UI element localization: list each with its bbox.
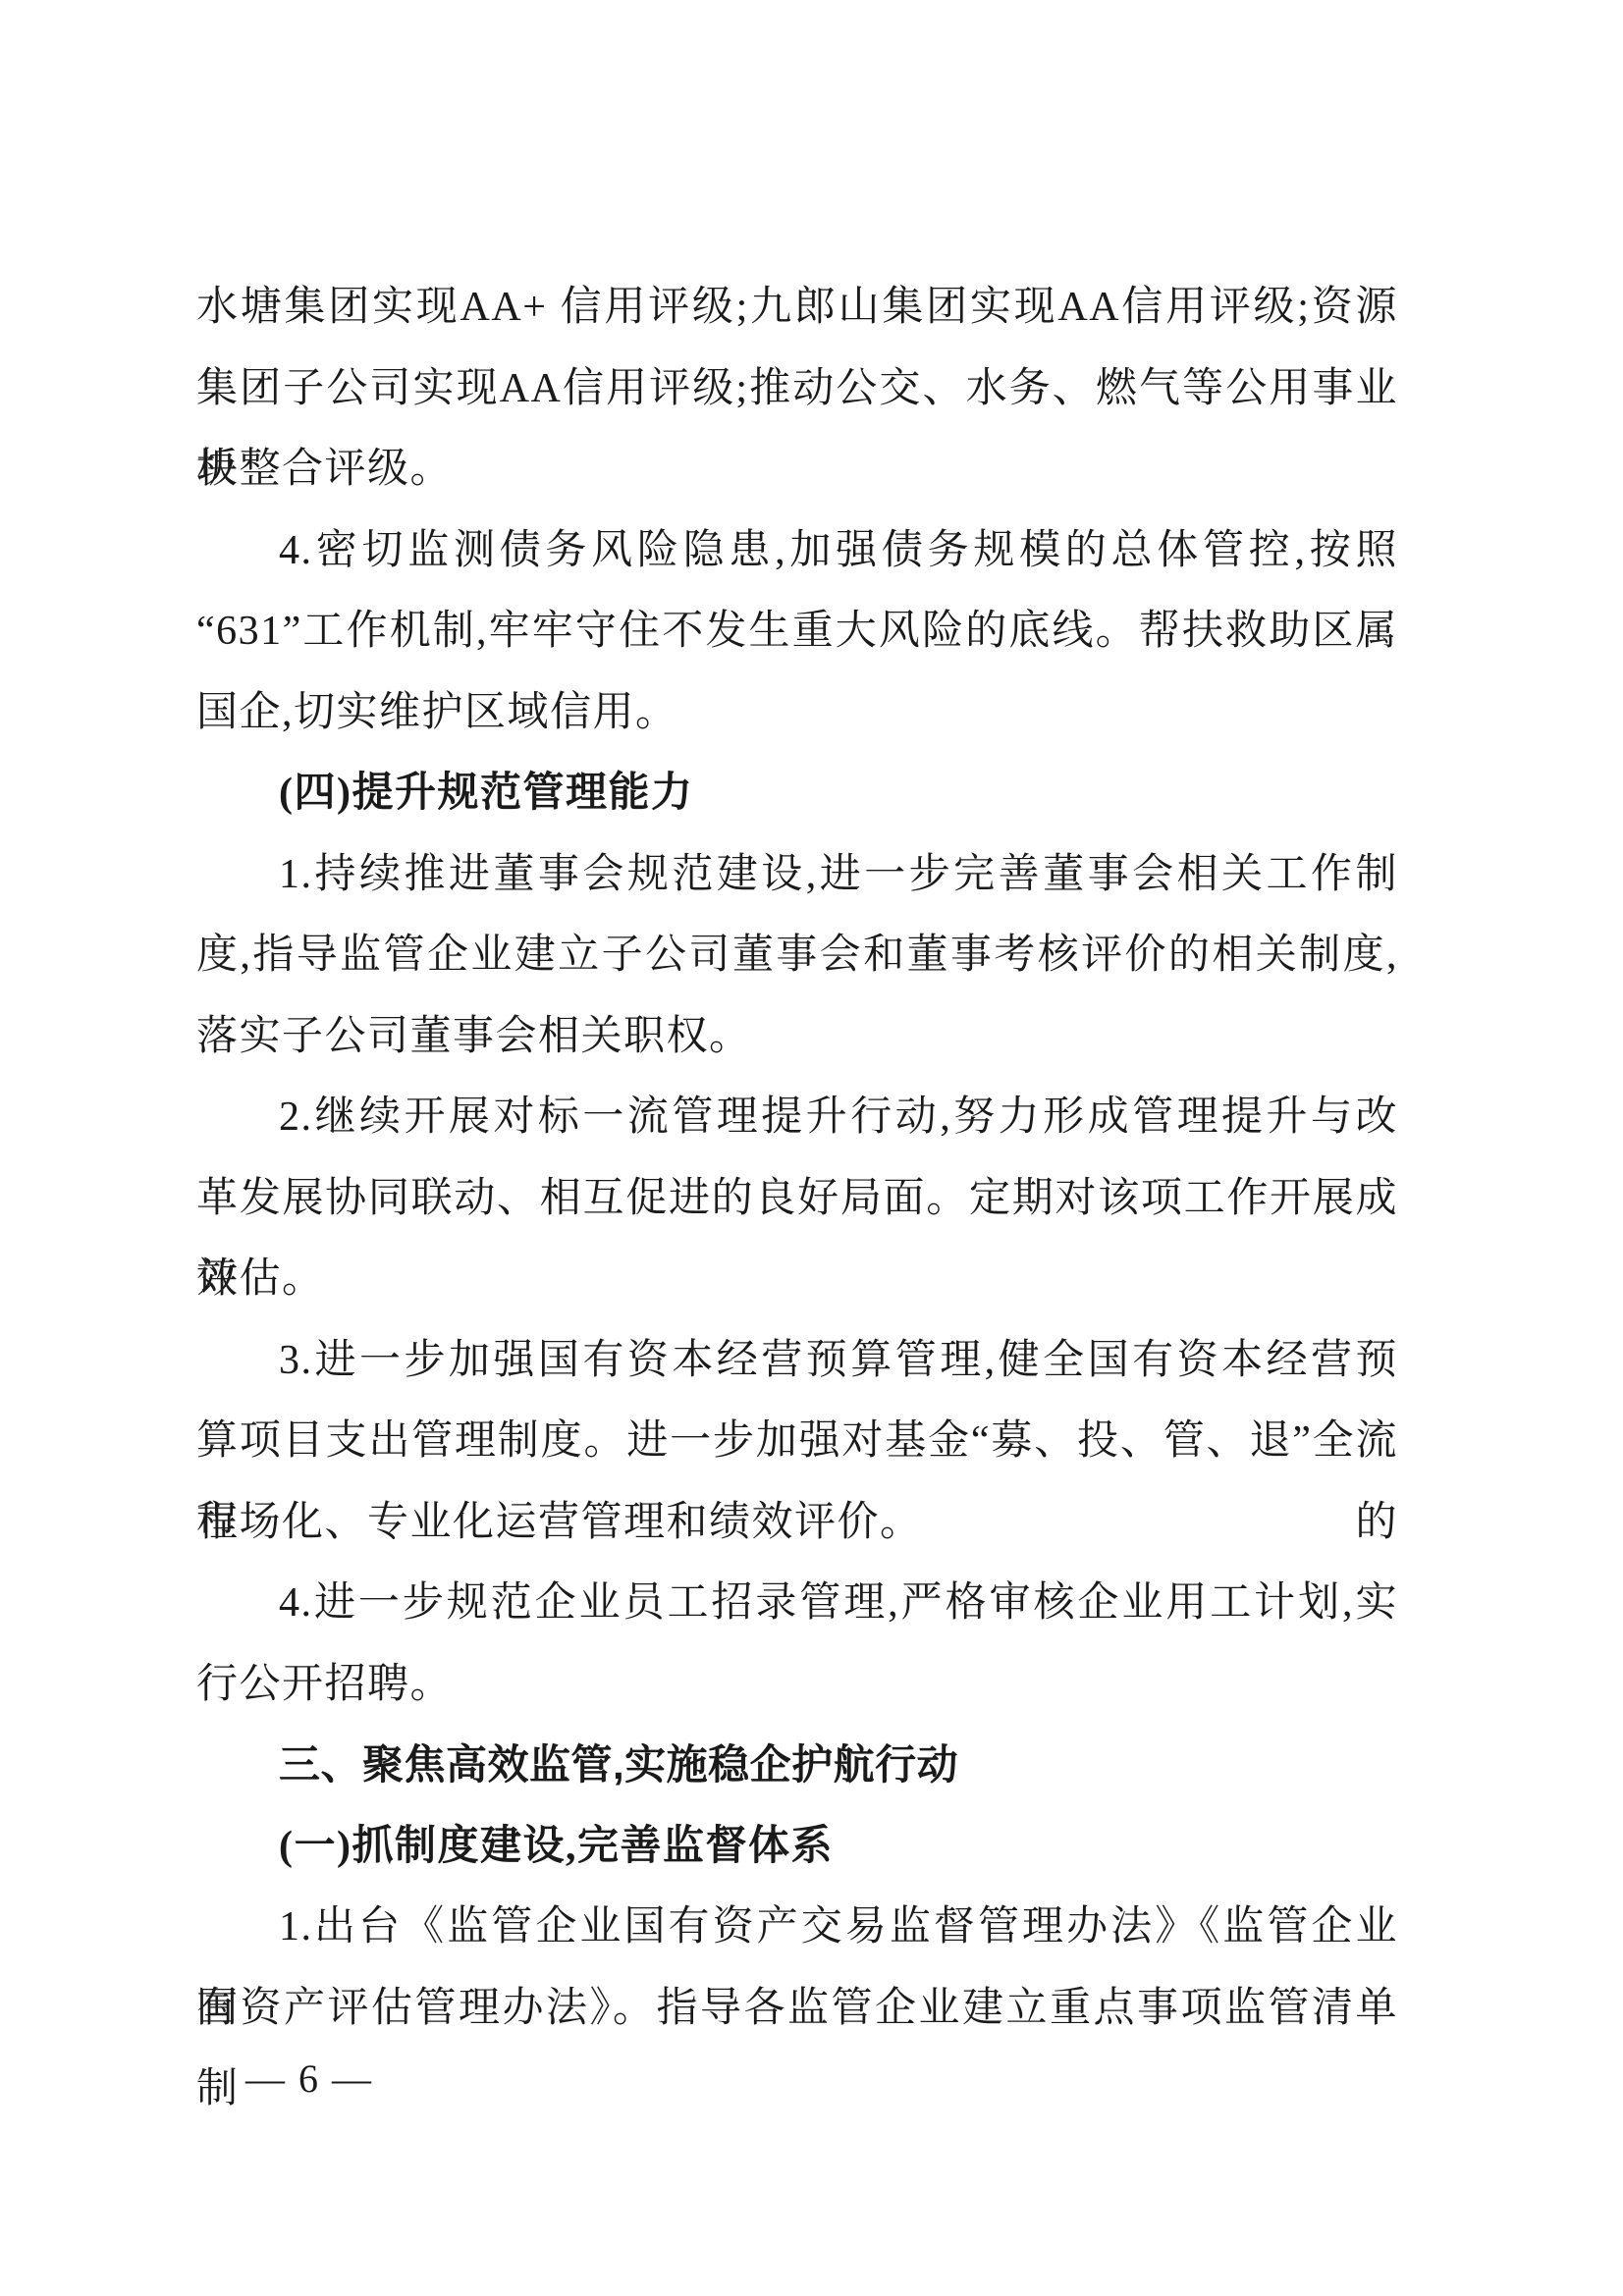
body-line: 1.出台《监管企业国有资产交易监督管理办法》《监管企业国 <box>196 1887 1398 1968</box>
body-line: 集团子公司实现AA信用评级;推动公交、水务、燃气等公用事业板 <box>196 348 1398 430</box>
body-line: 革发展协同联动、相互促进的良好局面。定期对该项工作开展成效 <box>196 1158 1398 1240</box>
body-line: 算项目支出管理制度。进一步加强对基金“募、投、管、退”全流程的 <box>196 1401 1398 1482</box>
body-line: 4.密切监测债务风险隐患,加强债务规模的总体管控,按照 <box>196 510 1398 592</box>
body-line: 落实子公司董事会相关职权。 <box>196 996 1398 1078</box>
body-line: “631”工作机制,牢牢守住不发生重大风险的底线。帮扶救助区属 <box>196 591 1398 672</box>
body-line: 行公开招聘。 <box>196 1644 1398 1726</box>
body-line: 评估。 <box>196 1239 1398 1320</box>
subsection-heading: (四)提升规范管理能力 <box>196 753 1398 834</box>
page-number: — 6 — <box>245 2054 373 2105</box>
body-line: 有资产评估管理办法》。指导各监管企业建立重点事项监管清单制 <box>196 1968 1398 2050</box>
document-page: 水塘集团实现AA+ 信用评级;九郎山集团实现AA信用评级;资源集团子公司实现AA… <box>0 0 1623 2296</box>
subsection-heading: (一)抓制度建设,完善监督体系 <box>196 1806 1398 1888</box>
body-line: 国企,切实维护区域信用。 <box>196 672 1398 754</box>
page-number-text: — 6 — <box>245 2056 373 2101</box>
body-line: 1.持续推进董事会规范建设,进一步完善董事会相关工作制 <box>196 834 1398 916</box>
body-line: 3.进一步加强国有资本经营预算管理,健全国有资本经营预 <box>196 1320 1398 1402</box>
section-heading: 三、聚焦高效监管,实施稳企护航行动 <box>196 1725 1398 1806</box>
body-line: 4.进一步规范企业员工招录管理,严格审核企业用工计划,实 <box>196 1563 1398 1644</box>
body-line: 块整合评级。 <box>196 429 1398 510</box>
body-line: 度,指导监管企业建立子公司董事会和董事考核评价的相关制度, <box>196 915 1398 996</box>
document-body: 水塘集团实现AA+ 信用评级;九郎山集团实现AA信用评级;资源集团子公司实现AA… <box>196 267 1398 2049</box>
body-line: 水塘集团实现AA+ 信用评级;九郎山集团实现AA信用评级;资源 <box>196 267 1398 348</box>
body-line: 2.继续开展对标一流管理提升行动,努力形成管理提升与改 <box>196 1077 1398 1158</box>
